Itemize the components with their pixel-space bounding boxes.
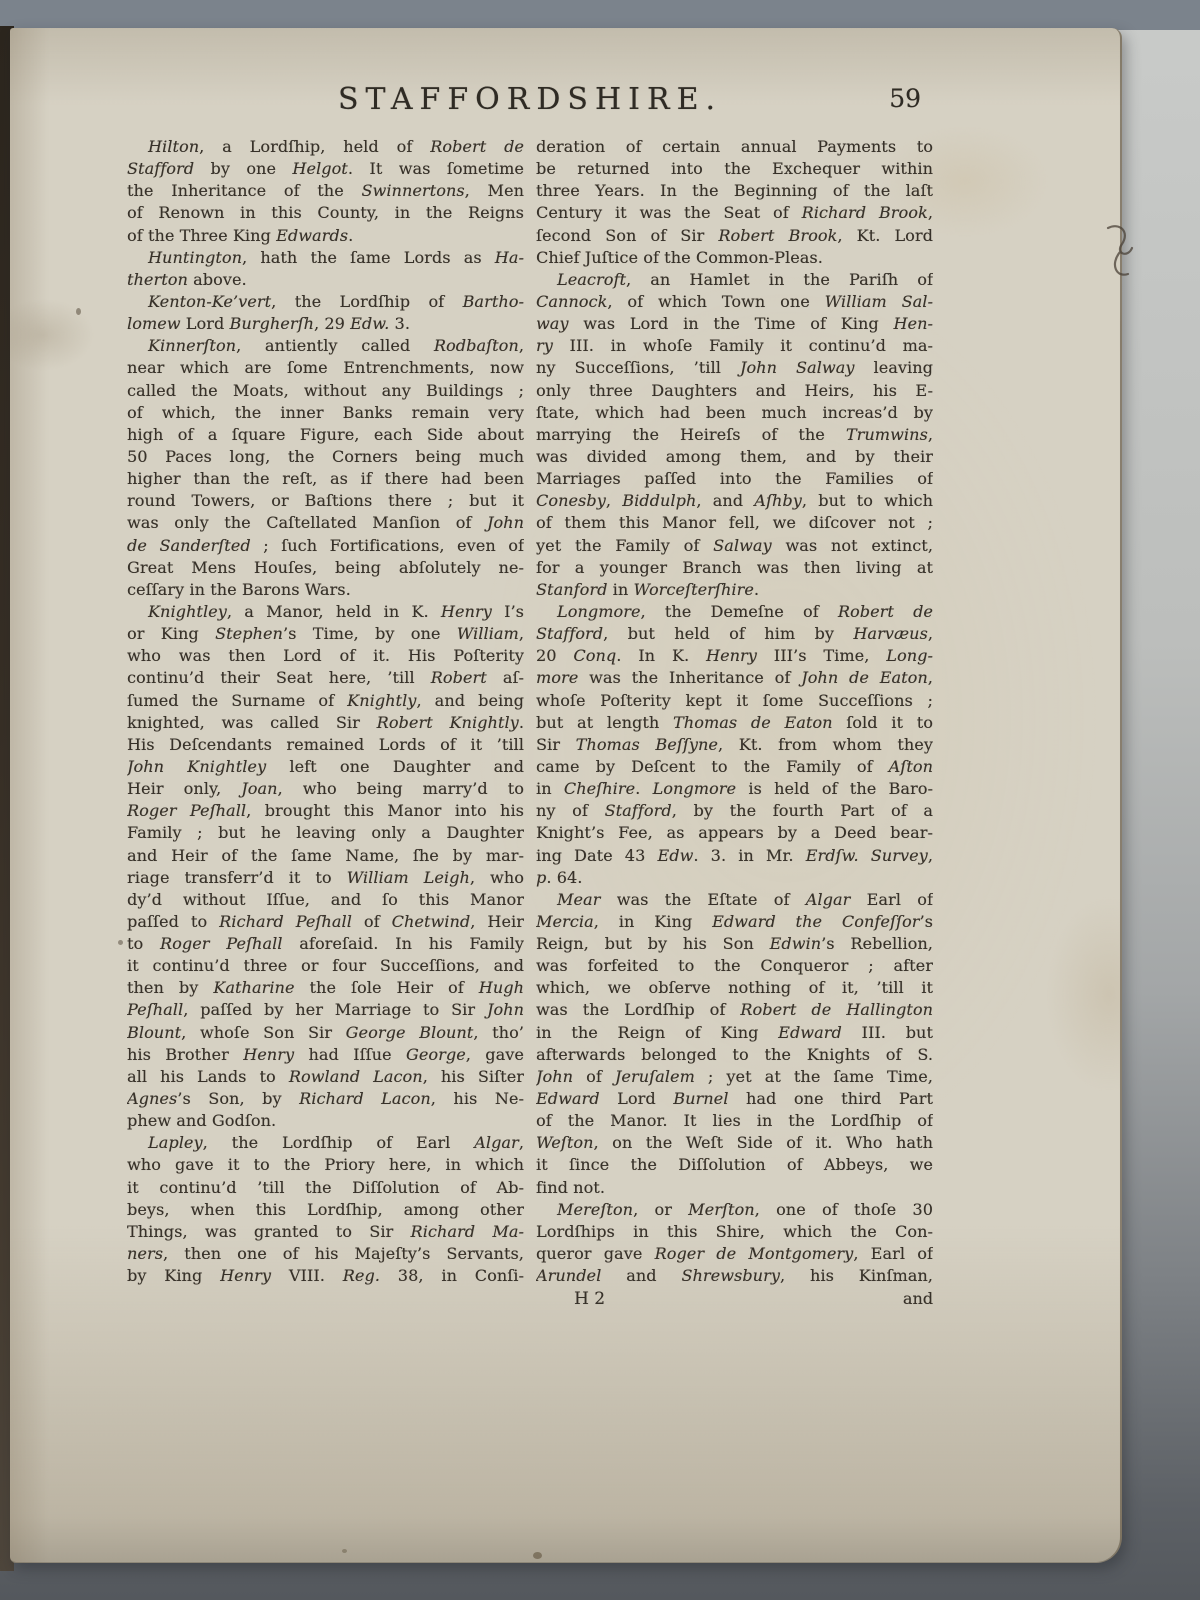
text-line: three Years. In the Beginning of the laſ… (536, 180, 933, 202)
text-line: round Towers, or Baſtions there ; but it (127, 490, 524, 512)
text-line: 20 Conq. In K. Henry III’s Time, Long- (536, 645, 933, 667)
text-line: Sir Thomas Beſſyne, Kt. from whom they (536, 734, 933, 756)
text-line: by King Henry VIII. Reg. 38, in Conſi- (127, 1265, 524, 1287)
text-line: Cannock, of which Town one William Sal- (536, 291, 933, 313)
text-line: therton above. (127, 269, 524, 291)
text-line: find not. (536, 1177, 933, 1199)
text-line: riage transferr’d it to William Leigh, w… (127, 867, 524, 889)
text-line: called the Moats, without any Buildings … (127, 380, 524, 402)
text-line: it continu’d three or four Succeſſions, … (127, 955, 524, 977)
text-line: Century it was the Seat of Richard Brook… (536, 202, 933, 224)
text-line: which, we obſerve nothing of it, ’till i… (536, 977, 933, 999)
text-line: whoſe Poſterity kept it ſome Succeſſions… (536, 690, 933, 712)
text-line: ceſſary in the Barons Wars. (127, 579, 524, 601)
two-column-text: Hilton, a Lordſhip, held of Robert deSta… (127, 136, 933, 1287)
text-line: Stafford by one Helgot. It was ſometime (127, 158, 524, 180)
book-page: STAFFORDSHIRE. 59 Hilton, a Lordſhip, he… (10, 28, 1122, 1563)
text-line: Lapley, the Lordſhip of Earl Algar, (127, 1132, 524, 1154)
text-line: Hilton, a Lordſhip, held of Robert de (127, 136, 524, 158)
text-line: phew and Godſon. (127, 1110, 524, 1132)
scanned-book-photo: STAFFORDSHIRE. 59 Hilton, a Lordſhip, he… (0, 0, 1200, 1600)
text-line: and Heir of the ſame Name, ſhe by mar- (127, 845, 524, 867)
text-line: high of a ſquare Figure, each Side about (127, 424, 524, 446)
text-line: Marriages paſſed into the Families of (536, 468, 933, 490)
ink-squiggle-mark (1098, 220, 1144, 284)
text-line: knighted, was called Sir Robert Knightly… (127, 712, 524, 734)
text-line: de Sanderſted ; ſuch Fortifications, eve… (127, 535, 524, 557)
text-line: Leacroft, an Hamlet in the Pariſh of (536, 269, 933, 291)
catchword: and (903, 1287, 933, 1311)
text-line: dy’d without Iſſue, and ſo this Manor (127, 889, 524, 911)
text-line: deration of certain annual Payments to (536, 136, 933, 158)
text-line: came by Deſcent to the Family of Aſton (536, 756, 933, 778)
text-line: His Deſcendants remained Lords of it ’ti… (127, 734, 524, 756)
text-line: Chief Juſtice of the Common-Pleas. (536, 247, 933, 269)
text-line: ny of Stafford, by the fourth Part of a (536, 800, 933, 822)
paper-speck (76, 308, 81, 315)
running-head: STAFFORDSHIRE. 59 (127, 78, 933, 136)
text-line: Kenton-Ke’vert, the Lordſhip of Bartho- (127, 291, 524, 313)
text-line: John Knightley left one Daughter and (127, 756, 524, 778)
text-line: more was the Inheritance of John de Eato… (536, 667, 933, 689)
text-line: Heir only, Joan, who being marry’d to (127, 778, 524, 800)
text-line: Kinnerſton, antiently called Rodbaſton, (127, 335, 524, 357)
text-line: Lordſhips in this Shire, which the Con- (536, 1221, 933, 1243)
text-line: in Cheſhire. Longmore is held of the Bar… (536, 778, 933, 800)
paper-speck (118, 940, 123, 945)
text-line: marrying the Heireſs of the Trumwins, (536, 424, 933, 446)
text-line: 50 Paces long, the Corners being much (127, 446, 524, 468)
page-number: 59 (889, 84, 921, 113)
text-line: Mereſton, or Merſton, one of thoſe 30 (536, 1199, 933, 1221)
page-footer: H 2 and (536, 1287, 933, 1311)
text-line: Reign, but by his Son Edwin’s Rebellion, (536, 933, 933, 955)
text-line: then by Katharine the ſole Heir of Hugh (127, 977, 524, 999)
text-line: Knightley, a Manor, held in K. Henry I’s (127, 601, 524, 623)
backdrop-top-strip (0, 0, 1200, 30)
text-line: ſtate, which had been much increas’d by (536, 402, 933, 424)
signature-mark: H 2 (574, 1287, 605, 1311)
text-line: paſſed to Richard Peſhall of Chetwind, H… (127, 911, 524, 933)
text-line: Mear was the Eſtate of Algar Earl of (536, 889, 933, 911)
text-line: ny Succeſſions, ’till John Salway leavin… (536, 357, 933, 379)
text-line: Knight’s Fee, as appears by a Deed bear- (536, 822, 933, 844)
text-line: Arundel and Shrewsbury, his Kinſman, (536, 1265, 933, 1287)
text-line: Edward Lord Burnel had one third Part (536, 1088, 933, 1110)
text-line: afterwards belonged to the Knights of S. (536, 1044, 933, 1066)
text-line: ry III. in whoſe Family it continu’d ma- (536, 335, 933, 357)
text-line: beys, when this Lordſhip, among other (127, 1199, 524, 1221)
text-line: his Brother Henry had Iſſue George, gave (127, 1044, 524, 1066)
text-line: of them this Manor fell, we diſcover not… (536, 512, 933, 534)
text-line: was forfeited to the Conqueror ; after (536, 955, 933, 977)
text-line: Agnes’s Son, by Richard Lacon, his Ne- (127, 1088, 524, 1110)
text-line: or King Stephen’s Time, by one William, (127, 623, 524, 645)
text-line: but at length Thomas de Eaton ſold it to (536, 712, 933, 734)
text-column-right: deration of certain annual Payments tobe… (536, 136, 933, 1287)
text-line: in the Reign of King Edward III. but (536, 1022, 933, 1044)
text-column-left: Hilton, a Lordſhip, held of Robert deSta… (127, 136, 524, 1287)
text-block: STAFFORDSHIRE. 59 Hilton, a Lordſhip, he… (127, 78, 933, 1311)
text-line: Family ; but he leaving only a Daughter (127, 822, 524, 844)
text-line: be returned into the Exchequer within (536, 158, 933, 180)
text-line: Conesby, Biddulph, and Aſhby, but to whi… (536, 490, 933, 512)
page-title: STAFFORDSHIRE. (127, 78, 933, 117)
text-line: Weſton, on the Weſt Side of it. Who hath (536, 1132, 933, 1154)
text-line: higher than the reſt, as if there had be… (127, 468, 524, 490)
text-line: ſumed the Surname of Knightly, and being (127, 690, 524, 712)
text-line: p. 64. (536, 867, 933, 889)
paper-speck (342, 1549, 347, 1553)
text-line: Great Mens Houſes, being abſolutely ne- (127, 557, 524, 579)
text-line: ners, then one of his Majeſty’s Servants… (127, 1243, 524, 1265)
text-line: all his Lands to Rowland Lacon, his Siſt… (127, 1066, 524, 1088)
text-line: Huntington, hath the ſame Lords as Ha- (127, 247, 524, 269)
text-line: Peſhall, paſſed by her Marriage to Sir J… (127, 999, 524, 1021)
text-line: queror gave Roger de Montgomery, Earl of (536, 1243, 933, 1265)
text-line: to Roger Peſhall aforeſaid. In his Famil… (127, 933, 524, 955)
text-line: of the Three King Edwards. (127, 225, 524, 247)
text-line: way was Lord in the Time of King Hen- (536, 313, 933, 335)
text-line: of the Manor. It lies in the Lordſhip of (536, 1110, 933, 1132)
text-line: John of Jeruſalem ; yet at the ſame Time… (536, 1066, 933, 1088)
text-line: it ſince the Diſſolution of Abbeys, we (536, 1154, 933, 1176)
text-line: yet the Family of Salway was not extinct… (536, 535, 933, 557)
text-line: Blount, whoſe Son Sir George Blount, tho… (127, 1022, 524, 1044)
text-line: only three Daughters and Heirs, his E- (536, 380, 933, 402)
text-line: was divided among them, and by their (536, 446, 933, 468)
text-line: who gave it to the Priory here, in which (127, 1154, 524, 1176)
text-line: for a younger Branch was then living at (536, 557, 933, 579)
text-line: who was then Lord of it. His Poſterity (127, 645, 524, 667)
text-line: Roger Peſhall, brought this Manor into h… (127, 800, 524, 822)
text-line: Stafford, but held of him by Harvæus, (536, 623, 933, 645)
paper-speck (533, 1552, 542, 1559)
text-line: Mercia, in King Edward the Confeſſor’s (536, 911, 933, 933)
text-line: Things, was granted to Sir Richard Ma- (127, 1221, 524, 1243)
text-line: lomew Lord Burgherſh, 29 Edw. 3. (127, 313, 524, 335)
text-line: ſecond Son of Sir Robert Brook, Kt. Lord (536, 225, 933, 247)
text-line: near which are ſome Entrenchments, now (127, 357, 524, 379)
text-line: was only the Caſtellated Manſion of John (127, 512, 524, 534)
text-line: ing Date 43 Edw. 3. in Mr. Erdſw. Survey… (536, 845, 933, 867)
text-line: it continu’d ’till the Diſſolution of Ab… (127, 1177, 524, 1199)
text-line: Stanford in Worceſterſhire. (536, 579, 933, 601)
text-line: of Renown in this County, in the Reigns (127, 202, 524, 224)
text-line: of which, the inner Banks remain very (127, 402, 524, 424)
text-line: the Inheritance of the Swinnertons, Men (127, 180, 524, 202)
text-line: Longmore, the Demeſne of Robert de (536, 601, 933, 623)
text-line: was the Lordſhip of Robert de Hallington (536, 999, 933, 1021)
text-line: continu’d their Seat here, ’till Robert … (127, 667, 524, 689)
